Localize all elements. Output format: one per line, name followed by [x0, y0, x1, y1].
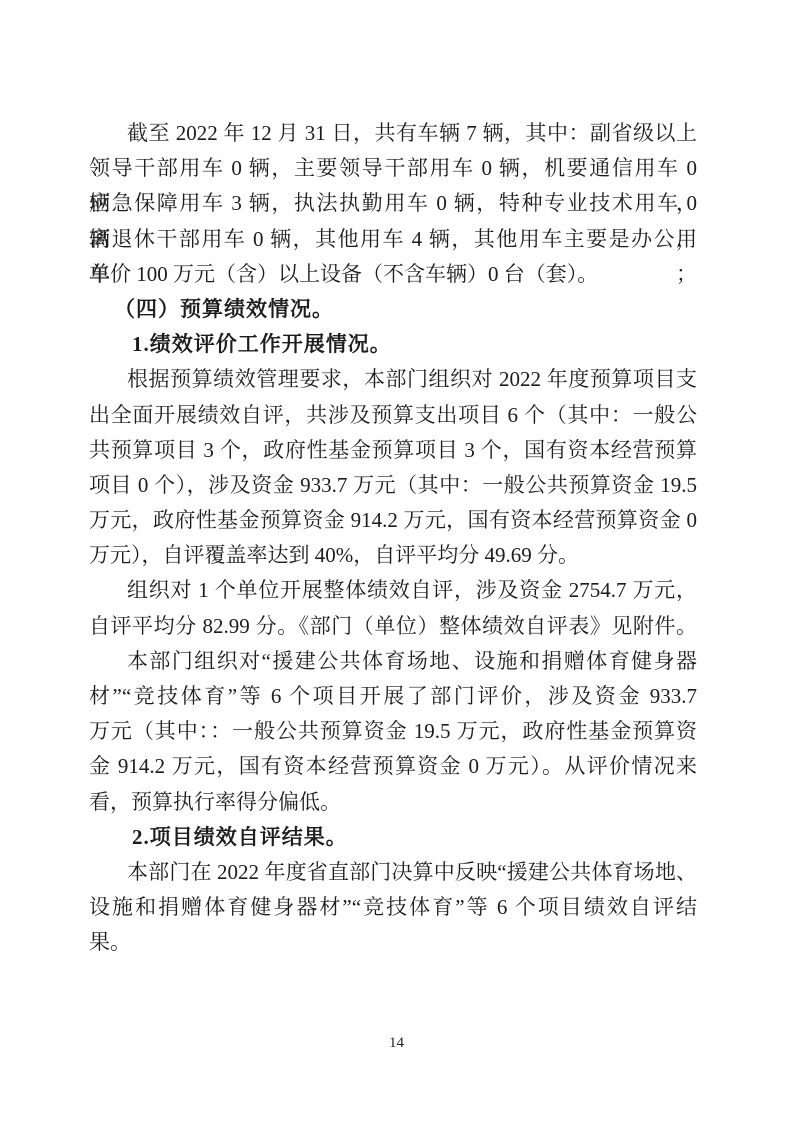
text-line: 项目 0 个），涉及资金 933.7 万元（其中：一般公共预算资金 19.5 — [89, 468, 697, 503]
text-line: 领导干部用车 0 辆，主要领导干部用车 0 辆，机要通信用车 0 辆， — [89, 151, 697, 186]
page-number: 14 — [0, 1033, 793, 1053]
document-page: 截至 2022 年 12 月 31 日，共有车辆 7 辆，其中：副省级以上 领导… — [0, 0, 793, 1122]
text-line: 组织对 1 个单位开展整体绩效自评，涉及资金 2754.7 万元， — [89, 573, 697, 608]
text-line: 金 914.2 万元，国有资本经营预算资金 0 万元）。从评价情况来 — [89, 749, 697, 784]
text-line: 看，预算执行率得分偏低。 — [89, 785, 697, 820]
text-line: 设施和捐赠体育健身器材”“竞技体育”等 6 个项目绩效自评结 — [89, 890, 697, 925]
subsection-heading: 2.项目绩效自评结果。 — [89, 820, 697, 855]
text-line: 根据预算绩效管理要求，本部门组织对 2022 年度预算项目支 — [89, 362, 697, 397]
text-line: 万元，政府性基金预算资金 914.2 万元，国有资本经营预算资金 0 — [89, 503, 697, 538]
text-line: 截至 2022 年 12 月 31 日，共有车辆 7 辆，其中：副省级以上 — [89, 116, 697, 151]
text-line: 果。 — [89, 925, 697, 960]
text-line: 万元），自评覆盖率达到 40%，自评平均分 49.69 分。 — [89, 538, 697, 573]
text-line: 应急保障用车 3 辆，执法执勤用车 0 辆，特种专业技术用车 0 辆， — [89, 186, 697, 221]
text-line: 共预算项目 3 个，政府性基金预算项目 3 个，国有资本经营预算 — [89, 433, 697, 468]
text-line: 本部门在 2022 年度省直部门决算中反映“援建公共体育场地、 — [89, 855, 697, 890]
text-line: 自评平均分 82.99 分。《部门（单位）整体绩效自评表》见附件。 — [89, 609, 697, 644]
text-line: 万元（其中：：一般公共预算资金 19.5 万元，政府性基金预算资 — [89, 714, 697, 749]
text-line: 本部门组织对“援建公共体育场地、设施和捐赠体育健身器 — [89, 644, 697, 679]
section-heading: （四）预算绩效情况。 — [89, 292, 697, 327]
text-line: 离退休干部用车 0 辆，其他用车 4 辆，其他用车主要是办公用车； — [89, 222, 697, 257]
text-line: 出全面开展绩效自评，共涉及预算支出项目 6 个（其中：一般公 — [89, 398, 697, 433]
text-block: 截至 2022 年 12 月 31 日，共有车辆 7 辆，其中：副省级以上 领导… — [89, 116, 697, 961]
text-line: 材”“竞技体育”等 6 个项目开展了部门评价，涉及资金 933.7 — [89, 679, 697, 714]
subsection-heading: 1.绩效评价工作开展情况。 — [89, 327, 697, 362]
